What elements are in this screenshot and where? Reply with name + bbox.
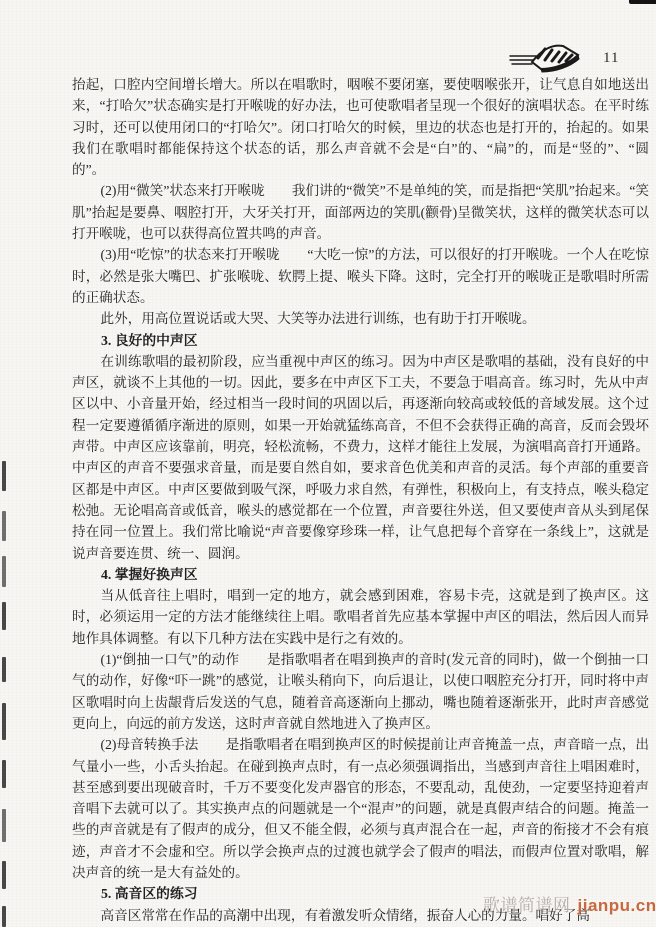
watermark-site-name: 歌谱简谱网 (483, 896, 571, 915)
body-paragraph: (2)用“微笑”状态来打开喉咙 我们讲的“微笑”不是单纯的笑，而是指把“笑肌”抬… (72, 180, 649, 244)
binding-mark (2, 461, 6, 491)
body-paragraph: (2)母音转换手法 是指歌唱者在唱到换声区的时候提前让声音掩盖一点，声音暗一点，… (72, 734, 649, 883)
body-paragraph: 此外，用高位置说话或大哭、大笑等办法进行训练，也有助于打开喉咙。 (72, 308, 649, 329)
binding-mark (2, 906, 6, 927)
watermark-site-url: jianpu.cn (578, 896, 656, 915)
binding-mark (2, 760, 6, 788)
body-paragraph: 当从低音往上唱时，唱到一定的地方，就会感到困难，容易卡壳，这就是到了换声区。这时… (72, 585, 649, 649)
body-paragraph: 在训练歌唱的最初阶段，应当重视中声区的练习。因为中声区是歌唱的基础，没有良好的中… (72, 351, 649, 564)
body-paragraph: 抬起，口腔内空间增长增大。所以在唱歌时，咽喉不要闭塞，要使咽喉张开，让气息自如地… (72, 74, 649, 180)
section-heading-mid-voice: 3. 良好的中声区 (72, 330, 649, 351)
scanned-book-page: 11 抬起，口腔内空间增长增大。所以在唱歌时，咽喉不要闭塞，要使咽喉张开，让气息… (0, 0, 656, 927)
binding-mark (2, 657, 6, 682)
binding-mark (2, 703, 6, 740)
scan-artifact-top-right (629, 0, 656, 4)
binding-mark (2, 511, 6, 541)
section-heading-passaggio: 4. 掌握好换声区 (72, 564, 649, 585)
binding-mark (2, 861, 6, 889)
page-number: 11 (603, 50, 619, 67)
body-paragraph: (3)用“吃惊”的状态来打开喉咙 “大吃一惊”的方法，可以很好的打开喉咙。一个人… (72, 244, 649, 308)
binding-mark (2, 556, 6, 587)
binding-mark (2, 602, 6, 630)
watermark: 歌谱简谱网jianpu.cn (483, 891, 656, 916)
body-paragraph: (1)“倒抽一口气”的动作 是指歌唱者在唱到换声的音时(发元音的同时)，做一个倒… (72, 649, 649, 734)
piano-keys-icon (508, 40, 584, 74)
page-text: 抬起，口腔内空间增长增大。所以在唱歌时，咽喉不要闭塞，要使咽喉张开，让气息自如地… (72, 74, 649, 926)
binding-mark (2, 809, 6, 842)
